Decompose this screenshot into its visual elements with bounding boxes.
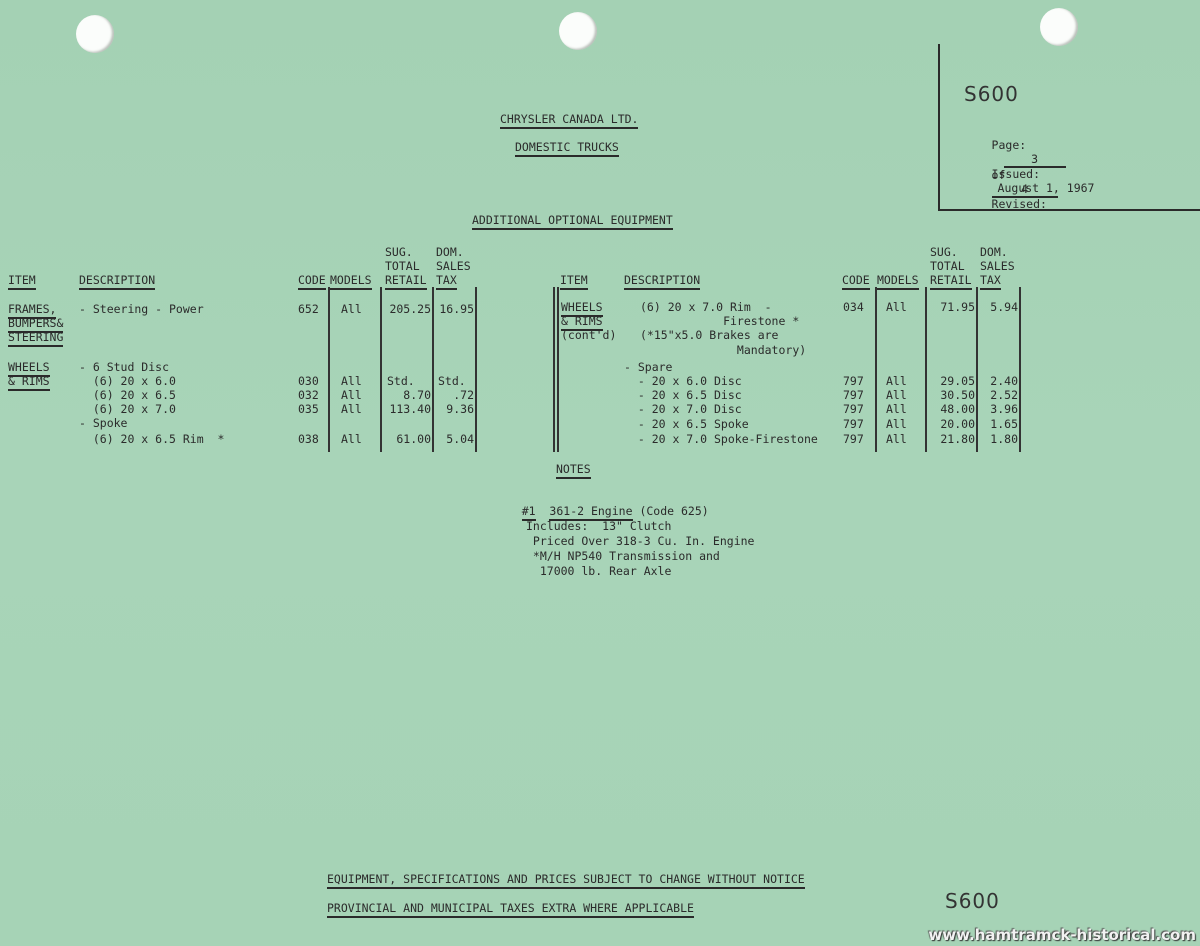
row-retail: 8.70: [403, 388, 431, 402]
division-title: DOMESTIC TRUCKS: [515, 140, 619, 157]
col-header-code: CODE: [298, 273, 326, 290]
row-description: (6) 20 x 7.0: [79, 402, 176, 416]
row-models: All: [886, 388, 907, 402]
row-models: All: [341, 374, 362, 388]
note-line: Includes: 13" Clutch: [526, 519, 671, 533]
column-divider: [976, 287, 978, 452]
row-description: - Spare: [624, 360, 672, 374]
item-label: & RIMS: [8, 374, 50, 391]
col-header-tax-2: SALES: [436, 259, 471, 273]
row-description: (6) 20 x 6.0: [79, 374, 176, 388]
row-tax: 1.65: [990, 417, 1018, 431]
col-header-description: DESCRIPTION: [624, 273, 700, 290]
row-models: All: [886, 374, 907, 388]
item-label: STEERING: [8, 330, 63, 347]
row-description: (6) 20 x 6.5 Rim *: [79, 432, 224, 446]
col-header-tax-3: TAX: [436, 273, 457, 290]
notes-title: NOTES: [556, 462, 591, 479]
company-name: CHRYSLER CANADA LTD.: [500, 112, 638, 129]
row-retail: 20.00: [940, 417, 975, 431]
column-divider: [328, 287, 330, 452]
col-header-models: MODELS: [877, 273, 919, 290]
col-header-retail-3: RETAIL: [930, 273, 972, 290]
col-header-retail-3: RETAIL: [385, 273, 427, 290]
row-tax: 9.36: [446, 402, 474, 416]
col-header-tax-1: DOM.: [980, 245, 1008, 259]
revised-label: Revised:: [992, 197, 1047, 211]
row-code: 035: [298, 402, 319, 416]
punch-hole-left: [76, 15, 114, 53]
row-retail: 30.50: [940, 388, 975, 402]
column-divider: [557, 287, 559, 452]
row-description: - 20 x 7.0 Disc: [624, 402, 742, 416]
model-code: S600: [964, 82, 1019, 106]
row-code: 030: [298, 374, 319, 388]
col-header-item: ITEM: [8, 273, 36, 290]
row-code: 797: [843, 374, 864, 388]
col-header-tax-2: SALES: [980, 259, 1015, 273]
col-header-retail-1: SUG.: [930, 245, 958, 259]
column-divider: [432, 287, 434, 452]
note-line: Priced Over 318-3 Cu. In. Engine: [526, 534, 754, 548]
column-divider: [1019, 287, 1021, 452]
col-header-item: ITEM: [560, 273, 588, 290]
row-description: Firestone *: [640, 314, 799, 328]
row-description: - Spoke: [79, 416, 127, 430]
footer-disclaimer-taxes: PROVINCIAL AND MUNICIPAL TAXES EXTRA WHE…: [327, 901, 694, 918]
row-tax: Std.: [438, 374, 466, 388]
row-models: All: [886, 300, 907, 314]
row-models: All: [886, 432, 907, 446]
row-code: 032: [298, 388, 319, 402]
document-info-box: S600 Page: 3 of 4 Issued: August 1, 1967…: [938, 44, 1200, 211]
col-header-tax-3: TAX: [980, 273, 1001, 290]
punch-hole-center: [559, 12, 597, 50]
row-tax: 2.52: [990, 388, 1018, 402]
row-description: - 20 x 6.0 Disc: [624, 374, 742, 388]
punch-hole-right: [1040, 8, 1078, 46]
col-header-tax-1: DOM.: [436, 245, 464, 259]
row-models: All: [886, 417, 907, 431]
column-divider: [475, 287, 477, 452]
row-code: 034: [843, 300, 864, 314]
row-retail: 29.05: [940, 374, 975, 388]
revised-field: Revised:: [950, 183, 1047, 239]
row-code: 797: [843, 417, 864, 431]
row-description: - Steering - Power: [79, 302, 204, 316]
footer-disclaimer-prices: EQUIPMENT, SPECIFICATIONS AND PRICES SUB…: [327, 872, 805, 889]
document-page: CHRYSLER CANADA LTD. DOMESTIC TRUCKS ADD…: [0, 0, 1200, 946]
column-divider: [553, 287, 555, 452]
row-description: - 20 x 6.5 Spoke: [624, 417, 749, 431]
row-retail: Std.: [387, 374, 415, 388]
col-header-retail-2: TOTAL: [385, 259, 420, 273]
row-description: - 6 Stud Disc: [79, 360, 169, 374]
row-models: All: [341, 302, 362, 316]
row-retail: 48.00: [940, 402, 975, 416]
row-tax: 16.95: [439, 302, 474, 316]
note-heading-suffix: (Code 625): [639, 504, 708, 518]
column-divider: [380, 287, 382, 452]
row-code: 797: [843, 402, 864, 416]
col-header-models: MODELS: [330, 273, 372, 290]
col-header-description: DESCRIPTION: [79, 273, 155, 290]
row-retail: 113.40: [389, 402, 431, 416]
row-tax: .72: [453, 388, 474, 402]
row-code: 797: [843, 388, 864, 402]
column-divider: [925, 287, 927, 452]
row-tax: 5.94: [990, 300, 1018, 314]
watermark-link[interactable]: www.hamtramck-historical.com: [928, 926, 1196, 944]
row-retail: 61.00: [396, 432, 431, 446]
row-retail: 205.25: [389, 302, 431, 316]
row-models: All: [886, 402, 907, 416]
row-description: (6) 20 x 6.5: [79, 388, 176, 402]
note-line: *M/H NP540 Transmission and: [526, 549, 720, 563]
row-models: All: [341, 388, 362, 402]
row-code: 038: [298, 432, 319, 446]
column-divider: [875, 287, 877, 452]
col-header-retail-2: TOTAL: [930, 259, 965, 273]
row-description: (*15"x5.0 Brakes are: [640, 328, 778, 342]
row-retail: 71.95: [940, 300, 975, 314]
issued-label: Issued:: [992, 167, 1040, 181]
col-header-retail-1: SUG.: [385, 245, 413, 259]
row-tax: 1.80: [990, 432, 1018, 446]
row-tax: 3.96: [990, 402, 1018, 416]
row-description: - 20 x 7.0 Spoke-Firestone: [624, 432, 818, 446]
note-line: 17000 lb. Rear Axle: [526, 564, 671, 578]
col-header-code: CODE: [842, 273, 870, 290]
row-retail: 21.80: [940, 432, 975, 446]
row-code: 797: [843, 432, 864, 446]
footer-model-code: S600: [945, 889, 1000, 913]
row-tax: 5.04: [446, 432, 474, 446]
row-code: 652: [298, 302, 319, 316]
row-models: All: [341, 432, 362, 446]
row-description: - 20 x 6.5 Disc: [624, 388, 742, 402]
row-description: Mandatory): [640, 343, 806, 357]
row-tax: 2.40: [990, 374, 1018, 388]
row-description: (6) 20 x 7.0 Rim -: [640, 300, 772, 314]
page-label: Page:: [992, 138, 1027, 152]
section-title: ADDITIONAL OPTIONAL EQUIPMENT: [472, 213, 673, 230]
item-label: (cont'd): [561, 328, 616, 342]
row-models: All: [341, 402, 362, 416]
